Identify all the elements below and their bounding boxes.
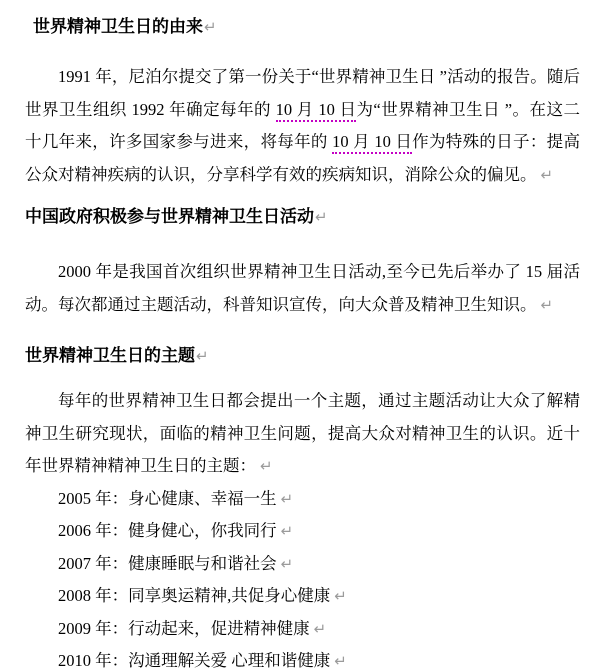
theme-text: 2007 年：健康睡眠与和谐社会	[58, 554, 277, 573]
theme-text: 2006 年：健身健心，你我同行	[58, 521, 277, 540]
heading-china: 中国政府积极参与世界精神卫生日活动↵	[25, 200, 580, 234]
theme-text: 2010 年：沟通理解关爱 心理和谐健康	[58, 651, 330, 670]
paragraph-themes-text: 每年的世界精神卫生日都会提出一个主题，通过主题活动让大众了解精神卫生研究现状，面…	[25, 391, 580, 475]
theme-list-item-2009: 2009 年：行动起来，促进精神健康↵	[25, 613, 580, 646]
theme-list-item-2008: 2008 年：同享奥运精神,共促身心健康↵	[25, 580, 580, 613]
heading-origin: 世界精神卫生日的由来↵	[25, 10, 580, 44]
heading-origin-text: 世界精神卫生日的由来	[33, 17, 203, 36]
paragraph-mark: ↵	[334, 652, 347, 670]
paragraph-china-text: 2000 年是我国首次组织世界精神卫生日活动,至今已先后举办了 15 届活动。每…	[25, 262, 580, 314]
paragraph-china: 2000 年是我国首次组织世界精神卫生日活动,至今已先后举办了 15 届活动。每…	[25, 256, 580, 321]
paragraph-origin: 1991 年，尼泊尔提交了第一份关于“世界精神卫生日 ”活动的报告。随后世界卫生…	[25, 61, 580, 191]
paragraph-mark: ↵	[315, 208, 328, 226]
paragraph-mark: ↵	[204, 18, 217, 36]
paragraph-mark: ↵	[281, 522, 294, 540]
smart-tag-date: 10 月 10 日	[332, 132, 412, 154]
heading-themes: 世界精神卫生日的主题↵	[25, 339, 580, 373]
paragraph-mark: ↵	[196, 347, 209, 365]
theme-list-item-2006: 2006 年：健身健心，你我同行↵	[25, 515, 580, 548]
paragraph-mark: ↵	[334, 587, 347, 605]
theme-text: 2005 年：身心健康、幸福一生	[58, 489, 277, 508]
paragraph-mark: ↵	[541, 166, 554, 184]
theme-list-item-2005: 2005 年：身心健康、幸福一生↵	[25, 483, 580, 516]
paragraph-mark: ↵	[281, 555, 294, 573]
paragraph-mark: ↵	[281, 490, 294, 508]
paragraph-mark: ↵	[541, 296, 554, 314]
document-page[interactable]: 世界精神卫生日的由来↵ 1991 年，尼泊尔提交了第一份关于“世界精神卫生日 ”…	[0, 0, 604, 671]
heading-china-text: 中国政府积极参与世界精神卫生日活动	[25, 207, 314, 226]
theme-list-item-2010: 2010 年：沟通理解关爱 心理和谐健康↵	[25, 645, 580, 671]
paragraph-mark: ↵	[260, 457, 273, 475]
paragraph-themes: 每年的世界精神卫生日都会提出一个主题，通过主题活动让大众了解精神卫生研究现状，面…	[25, 385, 580, 483]
paragraph-mark: ↵	[314, 620, 327, 638]
theme-list-item-2007: 2007 年：健康睡眠与和谐社会↵	[25, 548, 580, 581]
theme-text: 2008 年：同享奥运精神,共促身心健康	[58, 586, 330, 605]
heading-themes-text: 世界精神卫生日的主题	[25, 346, 195, 365]
smart-tag-date: 10 月 10 日	[276, 100, 357, 122]
theme-text: 2009 年：行动起来，促进精神健康	[58, 619, 310, 638]
